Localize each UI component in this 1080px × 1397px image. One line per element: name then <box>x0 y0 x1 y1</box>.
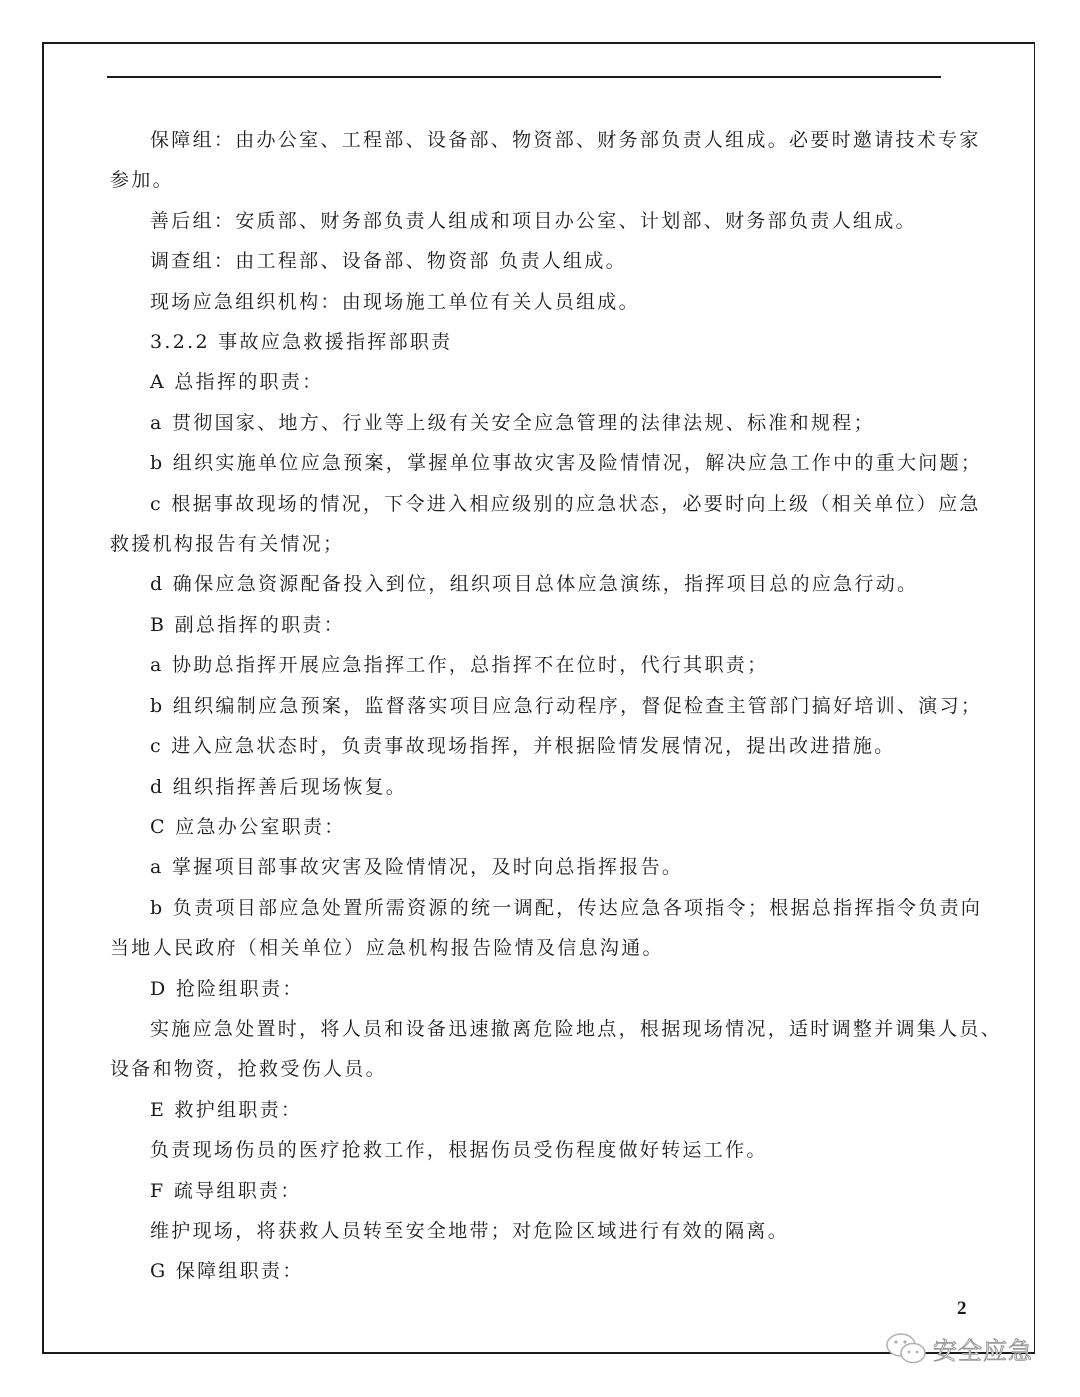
list-item: a 贯彻国家、地方、行业等上级有关安全应急管理的法律法规、标准和规程； <box>110 403 974 443</box>
wechat-icon <box>885 1332 929 1366</box>
list-item: b 组织实施单位应急预案，掌握单位事故灾害及险情情况，解决应急工作中的重大问题； <box>110 443 974 483</box>
page-number: 2 <box>957 1298 967 1320</box>
list-item-continuation: 当地人民政府（相关单位）应急机构报告险情及信息沟通。 <box>110 928 974 968</box>
list-item: a 掌握项目部事故灾害及险情情况，及时向总指挥报告。 <box>110 847 974 887</box>
section-heading: 3.2.2 事故应急救援指挥部职责 <box>110 322 974 362</box>
subsection-heading: F 疏导组职责： <box>110 1171 974 1211</box>
header-rule <box>107 76 941 78</box>
list-item: a 协助总指挥开展应急指挥工作，总指挥不在位时，代行其职责； <box>110 645 974 685</box>
subsection-heading: D 抢险组职责： <box>110 969 974 1009</box>
list-item: d 组织指挥善后现场恢复。 <box>110 767 974 807</box>
document-body: 保障组：由办公室、工程部、设备部、物资部、财务部负责人组成。必要时邀请技术专家 … <box>110 120 974 1292</box>
subsection-heading: E 救护组职责： <box>110 1090 974 1130</box>
subsection-heading: G 保障组职责： <box>110 1251 974 1291</box>
paragraph: 参加。 <box>110 160 974 200</box>
paragraph: 负责现场伤员的医疗抢救工作，根据伤员受伤程度做好转运工作。 <box>110 1130 974 1170</box>
list-item: d 确保应急资源配备投入到位，组织项目总体应急演练，指挥项目总的应急行动。 <box>110 564 974 604</box>
watermark: 安全应急 <box>885 1331 1033 1366</box>
list-item: b 负责项目部应急处置所需资源的统一调配，传达应急各项指令；根据总指挥指令负责向 <box>110 888 974 928</box>
paragraph: 现场应急组织机构：由现场施工单位有关人员组成。 <box>110 282 974 322</box>
subsection-heading: B 副总指挥的职责： <box>110 605 974 645</box>
list-item: c 进入应急状态时，负责事故现场指挥，并根据险情发展情况，提出改进措施。 <box>110 726 974 766</box>
subsection-heading: C 应急办公室职责： <box>110 807 974 847</box>
paragraph: 维护现场，将获救人员转至安全地带；对危险区域进行有效的隔离。 <box>110 1211 974 1251</box>
paragraph: 保障组：由办公室、工程部、设备部、物资部、财务部负责人组成。必要时邀请技术专家 <box>110 120 974 160</box>
list-item-continuation: 救援机构报告有关情况； <box>110 524 974 564</box>
list-item: c 根据事故现场的情况，下令进入相应级别的应急状态，必要时向上级（相关单位）应急 <box>110 484 974 524</box>
subsection-heading: A 总指挥的职责： <box>110 362 974 402</box>
paragraph-continuation: 设备和物资，抢救受伤人员。 <box>110 1049 974 1089</box>
watermark-text: 安全应急 <box>933 1331 1033 1366</box>
paragraph: 善后组：安质部、财务部负责人组成和项目办公室、计划部、财务部负责人组成。 <box>110 201 974 241</box>
list-item: b 组织编制应急预案，监督落实项目应急行动程序，督促检查主管部门搞好培训、演习； <box>110 686 974 726</box>
paragraph: 调查组：由工程部、设备部、物资部 负责人组成。 <box>110 241 974 281</box>
paragraph: 实施应急处置时，将人员和设备迅速撤离危险地点，根据现场情况，适时调整并调集人员、 <box>110 1009 974 1049</box>
